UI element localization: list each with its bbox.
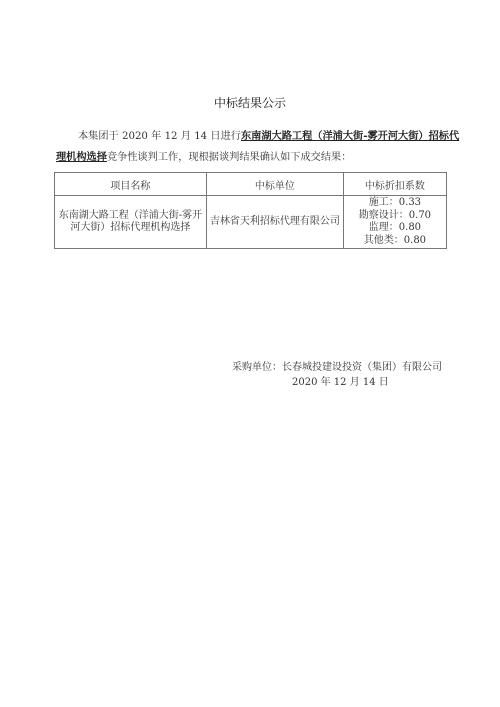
intro-suffix: 竞争性谈判工作，现根据谈判结果确认如下成交结果： [107,152,352,163]
header-winner: 中标单位 [206,173,343,196]
intro-line-1: 本集团于 2020 年 12 月 14 日进行东南湖大路工程（洋浦大街-雾开河大… [56,126,448,147]
signature-block: 采购单位：长春城投建设投资（集团）有限公司 2020 年 12 月 14 日 [232,360,448,390]
table-header-row: 项目名称 中标单位 中标折扣系数 [55,173,447,196]
cell-winner: 吉林省天利招标代理有限公司 [206,196,343,249]
intro-line-2: 理机构选择竞争性谈判工作，现根据谈判结果确认如下成交结果： [56,147,448,168]
purchaser-org: 采购单位：长春城投建设投资（集团）有限公司 [232,360,448,375]
header-coefficient: 中标折扣系数 [343,173,446,196]
project-name-emphasis-1: 东南湖大路工程（洋浦大街-雾开河大街）招标代 [241,130,459,142]
document-title: 中标结果公示 [0,94,500,111]
intro-paragraph: 本集团于 2020 年 12 月 14 日进行东南湖大路工程（洋浦大街-雾开河大… [56,126,448,168]
coefficient-construction: 施工：0.33 [346,197,444,210]
coefficient-other: 其他类：0.80 [346,235,444,248]
signature-date: 2020 年 12 月 14 日 [232,375,448,390]
header-project-name: 项目名称 [55,173,207,196]
project-name-emphasis-2: 理机构选择 [56,151,107,163]
cell-project-name: 东南湖大路工程（洋浦大街-雾开河大街）招标代理机构选择 [55,196,207,249]
table-row: 东南湖大路工程（洋浦大街-雾开河大街）招标代理机构选择 吉林省天利招标代理有限公… [55,196,447,249]
result-table: 项目名称 中标单位 中标折扣系数 东南湖大路工程（洋浦大街-雾开河大街）招标代理… [54,172,447,249]
coefficient-survey-design: 勘察设计：0.70 [346,210,444,223]
coefficient-supervision: 监理：0.80 [346,222,444,235]
intro-prefix: 本集团于 2020 年 12 月 14 日进行 [78,131,241,142]
cell-coefficients: 施工：0.33 勘察设计：0.70 监理：0.80 其他类：0.80 [343,196,446,249]
